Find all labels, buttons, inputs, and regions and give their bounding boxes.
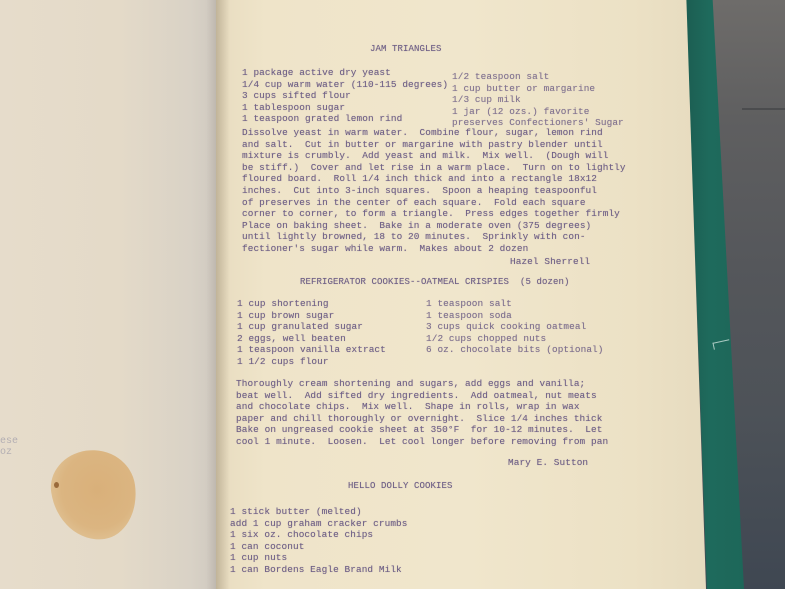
ingredient-line: 3 cups quick cooking oatmeal bbox=[426, 321, 604, 333]
ingredient-line: 1 six oz. chocolate chips bbox=[230, 529, 408, 541]
bleed-line: ese bbox=[0, 436, 18, 447]
ingredient-line: 1 teaspoon salt bbox=[426, 298, 604, 310]
ingredient-list-left: 1 stick butter (melted)add 1 cup graham … bbox=[230, 506, 408, 576]
direction-line: corner to corner, to form a triangle. Pr… bbox=[242, 208, 626, 220]
ingredient-line: 1 can coconut bbox=[230, 541, 408, 553]
ingredient-list-left: 1 package active dry yeast1/4 cup warm w… bbox=[242, 67, 448, 125]
ingredient-line: add 1 cup graham cracker crumbs bbox=[230, 518, 408, 530]
direction-line: mixture is crumbly. Add yeast and milk. … bbox=[242, 150, 626, 162]
stain-speck bbox=[54, 482, 59, 488]
ingredient-list-right: 1/2 teaspoon salt1 cup butter or margari… bbox=[452, 71, 624, 129]
page-gutter-shadow bbox=[216, 0, 230, 589]
bleed-through-text: ese oz bbox=[0, 436, 18, 458]
recipe-title-hello-dolly: HELLO DOLLY COOKIES bbox=[348, 481, 453, 493]
ingredient-line: 1 package active dry yeast bbox=[242, 67, 448, 79]
direction-line: inches. Cut into 3-inch squares. Spoon a… bbox=[242, 185, 626, 197]
direction-line: fectioner's sugar while warm. Makes abou… bbox=[242, 243, 626, 255]
ingredient-line: 1 cup shortening bbox=[237, 298, 386, 310]
ingredient-line: 1/3 cup milk bbox=[452, 94, 624, 106]
recipe-title-jam-triangles: JAM TRIANGLES bbox=[370, 44, 442, 56]
ingredient-line: 1 teaspoon vanilla extract bbox=[237, 344, 386, 356]
direction-line: paper and chill thoroughly or overnight.… bbox=[236, 413, 608, 425]
ingredient-line: 1 cup granulated sugar bbox=[237, 321, 386, 333]
direction-line: be stiff.) Cover and let rise in a warm … bbox=[242, 162, 626, 174]
ingredient-line: 1 tablespoon sugar bbox=[242, 102, 448, 114]
ingredient-line: 1/2 cups chopped nuts bbox=[426, 333, 604, 345]
ingredient-line: 2 eggs, well beaten bbox=[237, 333, 386, 345]
ingredient-list-right: 1 teaspoon salt1 teaspoon soda3 cups qui… bbox=[426, 298, 604, 356]
direction-line: beat well. Add sifted dry ingredients. A… bbox=[236, 390, 608, 402]
ingredient-line: 1 cup brown sugar bbox=[237, 310, 386, 322]
ingredient-line: 1/4 cup warm water (110-115 degrees) bbox=[242, 79, 448, 91]
ingredient-line: 1 cup butter or margarine bbox=[452, 83, 624, 95]
direction-line: Dissolve yeast in warm water. Combine fl… bbox=[242, 127, 626, 139]
ingredient-line: 6 oz. chocolate bits (optional) bbox=[426, 344, 604, 356]
ingredient-line: 3 cups sifted flour bbox=[242, 90, 448, 102]
ingredient-line: 1 1/2 cups flour bbox=[237, 356, 386, 368]
ingredient-line: 1 cup nuts bbox=[230, 552, 408, 564]
direction-line: until lightly browned, 18 to 20 minutes.… bbox=[242, 231, 626, 243]
recipe-title-oatmeal-crispies: REFRIGERATOR COOKIES--OATMEAL CRISPIES (… bbox=[300, 277, 570, 289]
ingredient-line: 1 can Bordens Eagle Brand Milk bbox=[230, 564, 408, 576]
recipe-directions: Dissolve yeast in warm water. Combine fl… bbox=[242, 127, 626, 255]
ingredient-line: 1 teaspoon grated lemon rind bbox=[242, 113, 448, 125]
table-seam bbox=[742, 108, 785, 110]
ingredient-line: 1 stick butter (melted) bbox=[230, 506, 408, 518]
ingredient-list-left: 1 cup shortening1 cup brown sugar1 cup g… bbox=[237, 298, 386, 368]
direction-line: Thoroughly cream shortening and sugars, … bbox=[236, 378, 608, 390]
direction-line: Bake on ungreased cookie sheet at 350°F … bbox=[236, 424, 608, 436]
ingredient-line: 1/2 teaspoon salt bbox=[452, 71, 624, 83]
ingredient-line: 1 teaspoon soda bbox=[426, 310, 604, 322]
recipe-directions: Thoroughly cream shortening and sugars, … bbox=[236, 378, 608, 448]
bleed-line: oz bbox=[0, 447, 18, 458]
ingredient-line: 1 jar (12 ozs.) favorite bbox=[452, 106, 624, 118]
direction-line: of preserves in the center of each squar… bbox=[242, 197, 626, 209]
recipe-author: Hazel Sherrell bbox=[510, 256, 590, 268]
direction-line: Place on baking sheet. Bake in a moderat… bbox=[242, 220, 626, 232]
recipe-author: Mary E. Sutton bbox=[508, 457, 588, 469]
direction-line: cool 1 minute. Loosen. Let cool longer b… bbox=[236, 436, 608, 448]
direction-line: and salt. Cut in butter or margarine wit… bbox=[242, 139, 626, 151]
direction-line: and chocolate chips. Mix well. Shape in … bbox=[236, 401, 608, 413]
direction-line: floured board. Roll 1/4 inch thick and i… bbox=[242, 173, 626, 185]
